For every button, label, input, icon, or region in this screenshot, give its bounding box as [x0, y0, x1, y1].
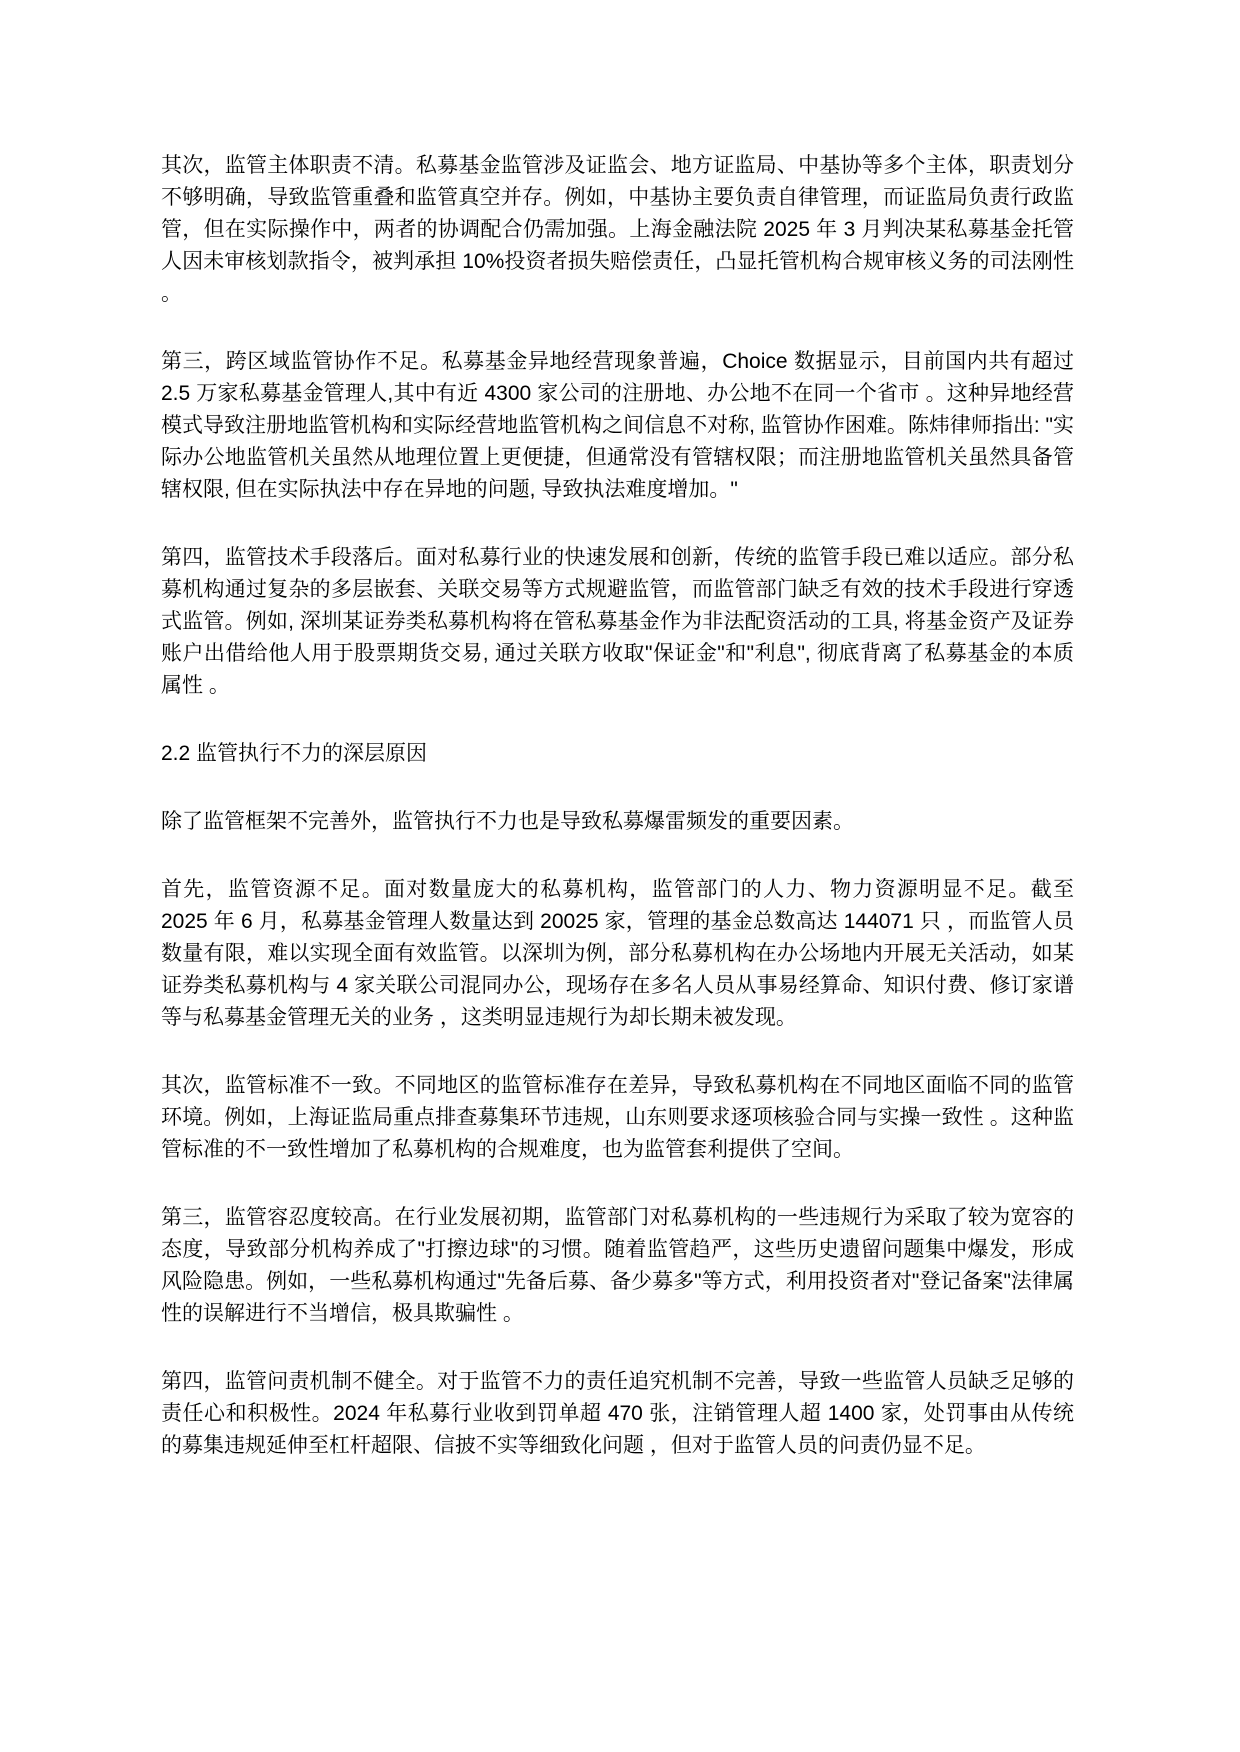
paragraph-regulatory-subjects: 其次，监管主体职责不清。私募基金监管涉及证监会、地方证监局、中基协等多个主体，职…: [161, 150, 1074, 310]
paragraph-enforcement-intro: 除了监管框架不完善外，监管执行不力也是导致私募爆雷频发的重要因素。: [161, 806, 1074, 838]
paragraph-cross-region-supervision: 第三，跨区域监管协作不足。私募基金异地经营现象普遍，Choice 数据显示，目前…: [161, 346, 1074, 506]
paragraph-regulatory-tolerance: 第三，监管容忍度较高。在行业发展初期，监管部门对私募机构的一些违规行为采取了较为…: [161, 1202, 1074, 1330]
section-heading-2-2: 2.2 监管执行不力的深层原因: [161, 738, 1074, 770]
document-page: 其次，监管主体职责不清。私募基金监管涉及证监会、地方证监局、中基协等多个主体，职…: [0, 0, 1240, 1752]
paragraph-regulatory-resources: 首先，监管资源不足。面对数量庞大的私募机构，监管部门的人力、物力资源明显不足。截…: [161, 874, 1074, 1034]
paragraph-accountability-mechanism: 第四，监管问责机制不健全。对于监管不力的责任追究机制不完善，导致一些监管人员缺乏…: [161, 1366, 1074, 1462]
paragraph-regulatory-standards: 其次，监管标准不一致。不同地区的监管标准存在差异，导致私募机构在不同地区面临不同…: [161, 1070, 1074, 1166]
paragraph-regulatory-technology: 第四，监管技术手段落后。面对私募行业的快速发展和创新，传统的监管手段已难以适应。…: [161, 542, 1074, 702]
